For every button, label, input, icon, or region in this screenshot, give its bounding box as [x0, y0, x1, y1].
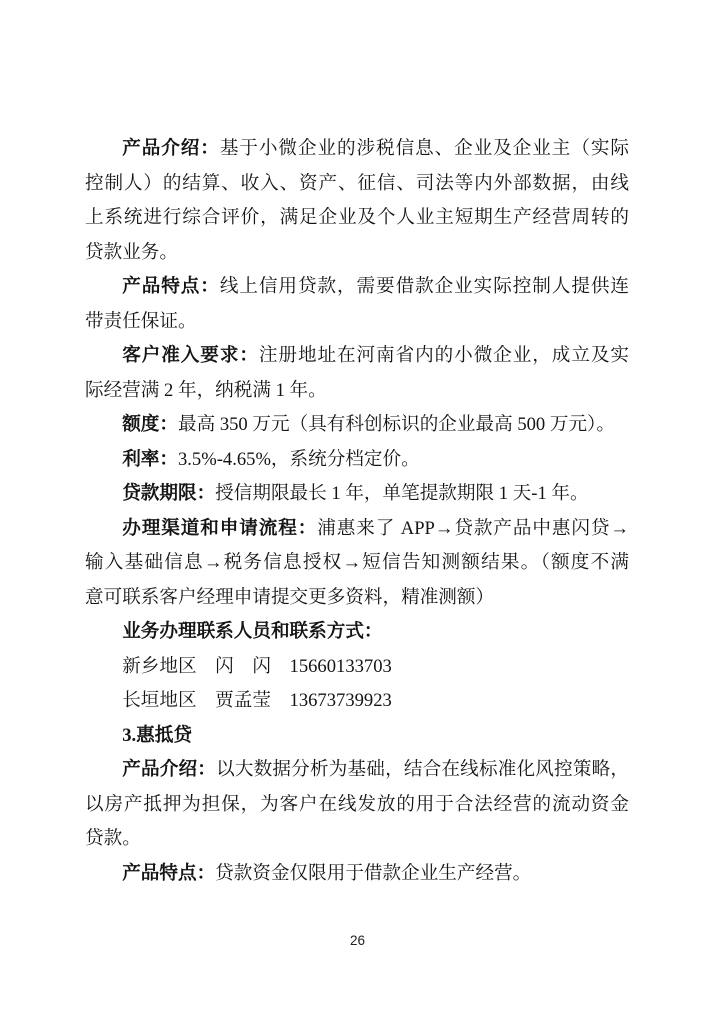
paragraph: 利率：3.5%-4.65%，系统分档定价。: [85, 443, 629, 478]
page-number: 26: [0, 933, 715, 948]
paragraph: 产品介绍：以大数据分析为基础，结合在线标准化风控策略，以房产抵押为担保，为客户在…: [85, 753, 629, 857]
line-text: 输入基础信息→税务信息授权→短信告知测额结果。（额度不满: [85, 552, 629, 573]
heading-run: 3.惠抵贷: [122, 725, 192, 746]
paragraph: 产品介绍：基于小微企业的涉税信息、企业及企业主（实际控制人）的结算、收入、资产、…: [85, 132, 629, 270]
text-line: 上系统进行综合评价，满足企业及个人业主短期生产经营周转的: [85, 201, 629, 236]
paragraph: 额度：最高 350 万元（具有科创标识的企业最高 500 万元）。: [85, 408, 629, 443]
line-text: 际经营满 2 年，纳税满 1 年。: [85, 380, 327, 401]
text-line: 意可联系客户经理申请提交更多资料，精准测额）: [85, 581, 629, 616]
text-line: 新乡地区 闪 闪 15660133703: [85, 650, 629, 685]
paragraph: 办理渠道和申请流程：浦惠来了 APP→贷款产品中惠闪贷→输入基础信息→税务信息授…: [85, 512, 629, 616]
text-line: 产品特点：贷款资金仅限用于借款企业生产经营。: [85, 857, 629, 892]
text-line: 利率：3.5%-4.65%，系统分档定价。: [85, 443, 629, 478]
paragraph: 新乡地区 闪 闪 15660133703: [85, 650, 629, 685]
line-text: 贷款资金仅限用于借款企业生产经营。: [215, 863, 531, 884]
line-text: 最高 350 万元（具有科创标识的企业最高 500 万元）。: [178, 414, 615, 435]
line-text: 新乡地区 闪 闪 15660133703: [122, 656, 392, 677]
line-text: 基于小微企业的涉税信息、企业及企业主（实际: [220, 138, 629, 159]
heading-run: 产品特点：: [122, 863, 215, 884]
line-text: 上系统进行综合评价，满足企业及个人业主短期生产经营周转的: [85, 207, 629, 228]
line-text: 浦惠来了 APP→贷款产品中惠闪贷→: [317, 518, 629, 539]
text-line: 贷款期限：授信期限最长 1 年，单笔提款期限 1 天-1 年。: [85, 477, 629, 512]
text-line: 贷款。: [85, 822, 629, 857]
text-line: 以房产抵押为担保，为客户在线发放的用于合法经营的流动资金: [85, 788, 629, 823]
text-line: 产品介绍：以大数据分析为基础，结合在线标准化风控策略，: [85, 753, 629, 788]
text-line: 3.惠抵贷: [85, 719, 629, 754]
text-line: 贷款业务。: [85, 236, 629, 271]
line-text: 3.5%-4.65%，系统分档定价。: [178, 449, 420, 470]
text-line: 带责任保证。: [85, 305, 629, 340]
document-body: 产品介绍：基于小微企业的涉税信息、企业及企业主（实际控制人）的结算、收入、资产、…: [85, 132, 629, 891]
paragraph: 3.惠抵贷: [85, 719, 629, 754]
text-line: 业务办理联系人员和联系方式：: [85, 615, 629, 650]
line-text: 意可联系客户经理申请提交更多资料，精准测额）: [85, 587, 494, 608]
paragraph: 客户准入要求：注册地址在河南省内的小微企业，成立及实际经营满 2 年，纳税满 1…: [85, 339, 629, 408]
text-line: 额度：最高 350 万元（具有科创标识的企业最高 500 万元）。: [85, 408, 629, 443]
line-text: 线上信用贷款，需要借款企业实际控制人提供连: [220, 276, 629, 297]
heading-run: 产品介绍：: [122, 759, 216, 780]
text-line: 客户准入要求：注册地址在河南省内的小微企业，成立及实: [85, 339, 629, 374]
paragraph: 贷款期限：授信期限最长 1 年，单笔提款期限 1 天-1 年。: [85, 477, 629, 512]
line-text: 贷款业务。: [85, 242, 178, 263]
paragraph: 产品特点：贷款资金仅限用于借款企业生产经营。: [85, 857, 629, 892]
heading-run: 额度：: [122, 414, 178, 435]
text-line: 输入基础信息→税务信息授权→短信告知测额结果。（额度不满: [85, 546, 629, 581]
paragraph: 业务办理联系人员和联系方式：: [85, 615, 629, 650]
paragraph: 产品特点：线上信用贷款，需要借款企业实际控制人提供连带责任保证。: [85, 270, 629, 339]
line-text: 注册地址在河南省内的小微企业，成立及实: [259, 345, 629, 366]
text-line: 产品介绍：基于小微企业的涉税信息、企业及企业主（实际: [85, 132, 629, 167]
document-page: 产品介绍：基于小微企业的涉税信息、企业及企业主（实际控制人）的结算、收入、资产、…: [0, 0, 715, 1011]
text-line: 控制人）的结算、收入、资产、征信、司法等内外部数据，由线: [85, 167, 629, 202]
line-text: 授信期限最长 1 年，单笔提款期限 1 天-1 年。: [215, 483, 588, 504]
text-line: 长垣地区 贾孟莹 13673739923: [85, 684, 629, 719]
heading-run: 利率：: [122, 449, 178, 470]
text-line: 际经营满 2 年，纳税满 1 年。: [85, 374, 629, 409]
line-text: 贷款。: [85, 828, 141, 849]
paragraph: 长垣地区 贾孟莹 13673739923: [85, 684, 629, 719]
heading-run: 产品介绍：: [122, 138, 220, 159]
text-line: 产品特点：线上信用贷款，需要借款企业实际控制人提供连: [85, 270, 629, 305]
heading-run: 产品特点：: [122, 276, 220, 297]
heading-run: 客户准入要求：: [122, 345, 259, 366]
line-text: 控制人）的结算、收入、资产、征信、司法等内外部数据，由线: [85, 173, 629, 194]
line-text: 以大数据分析为基础，结合在线标准化风控策略，: [216, 759, 629, 780]
text-line: 办理渠道和申请流程：浦惠来了 APP→贷款产品中惠闪贷→: [85, 512, 629, 547]
line-text: 以房产抵押为担保，为客户在线发放的用于合法经营的流动资金: [85, 794, 629, 815]
line-text: 带责任保证。: [85, 311, 197, 332]
heading-run: 办理渠道和申请流程：: [122, 518, 317, 539]
heading-run: 业务办理联系人员和联系方式：: [122, 621, 382, 642]
line-text: 长垣地区 贾孟莹 13673739923: [122, 690, 392, 711]
heading-run: 贷款期限：: [122, 483, 215, 504]
